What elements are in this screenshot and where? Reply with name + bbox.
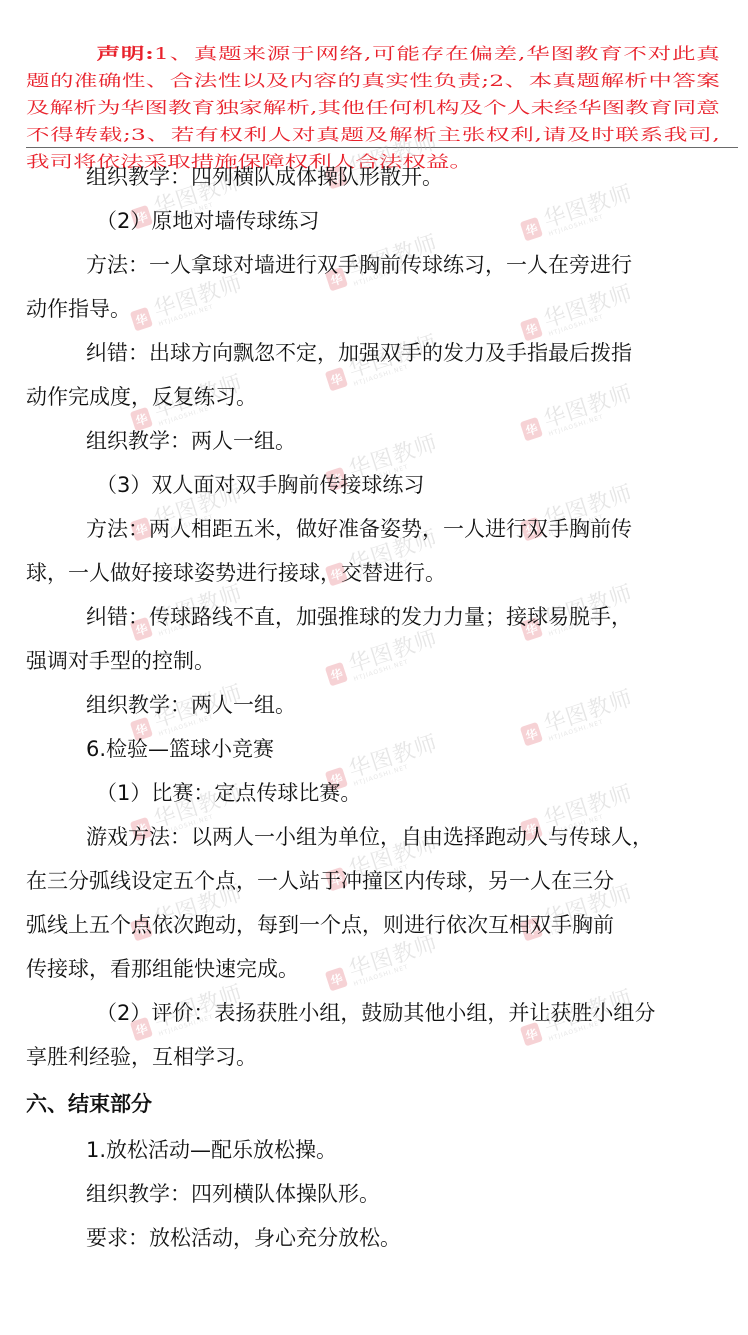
paragraph-line: 动作指导。 bbox=[26, 295, 131, 323]
subsection-title: 1.放松活动—配乐放松操。 bbox=[86, 1136, 337, 1164]
disclaimer-notice: 声明:1、真题来源于网络,可能存在偏差,华图教育不对此真题的准确性、合法性以及内… bbox=[26, 40, 720, 175]
watermark-logo-icon: 华 bbox=[325, 367, 348, 392]
disclaimer-label: 声明: bbox=[97, 44, 154, 63]
paragraph-line: 动作完成度，反复练习。 bbox=[26, 383, 257, 411]
paragraph-line: 组织教学：四列横队体操队形。 bbox=[86, 1180, 380, 1208]
paragraph-line: 组织教学：两人一组。 bbox=[86, 691, 296, 719]
watermark: 华华图教师HTJIAOSHI.NET bbox=[324, 933, 443, 995]
watermark: 华华图教师HTJIAOSHI.NET bbox=[519, 383, 638, 445]
watermark-logo-icon: 华 bbox=[130, 307, 153, 332]
paragraph-line: 球，一人做好接球姿势进行接球，交替进行。 bbox=[26, 559, 446, 587]
section-heading: 六、结束部分 bbox=[26, 1090, 152, 1118]
paragraph-line: 组织教学：两人一组。 bbox=[86, 427, 296, 455]
paragraph-line: 纠错：出球方向飘忽不定，加强双手的发力及手指最后拨指 bbox=[86, 339, 632, 367]
paragraph-line: 在三分弧线设定五个点，一人站于冲撞区内传球，另一人在三分 bbox=[26, 867, 614, 895]
paragraph-line: 弧线上五个点依次跑动，每到一个点，则进行依次互相双手胸前 bbox=[26, 911, 614, 939]
paragraph-line: （2）评价：表扬获胜小组，鼓励其他小组，并让获胜小组分 bbox=[96, 999, 655, 1027]
disclaimer-text: 1、真题来源于网络,可能存在偏差,华图教育不对此真题的准确性、合法性以及内容的真… bbox=[26, 44, 720, 171]
paragraph-line: 强调对手型的控制。 bbox=[26, 647, 215, 675]
subsection-title: （3）双人面对双手胸前传接球练习 bbox=[96, 471, 424, 499]
subsection-title: （2）原地对墙传球练习 bbox=[96, 207, 319, 235]
paragraph-line: 传接球，看那组能快速完成。 bbox=[26, 955, 299, 983]
watermark: 华华图教师HTJIAOSHI.NET bbox=[129, 273, 248, 335]
watermark: 华华图教师HTJIAOSHI.NET bbox=[324, 628, 443, 690]
paragraph-line: 纠错：传球路线不直，加强推球的发力力量；接球易脱手， bbox=[86, 603, 632, 631]
watermark-logo-icon: 华 bbox=[520, 217, 543, 242]
watermark: 华华图教师HTJIAOSHI.NET bbox=[519, 183, 638, 245]
paragraph-line: 方法：一人拿球对墙进行双手胸前传球练习，一人在旁进行 bbox=[86, 251, 632, 279]
paragraph-line: 要求：放松活动，身心充分放松。 bbox=[86, 1224, 401, 1252]
watermark: 华华图教师HTJIAOSHI.NET bbox=[519, 688, 638, 750]
paragraph-line: 方法：两人相距五米，做好准备姿势，一人进行双手胸前传 bbox=[86, 515, 632, 543]
watermark-logo-icon: 华 bbox=[520, 417, 543, 442]
watermark-logo-icon: 华 bbox=[325, 967, 348, 992]
watermark-logo-icon: 华 bbox=[520, 317, 543, 342]
subsection-title: （1）比赛：定点传球比赛。 bbox=[96, 779, 361, 807]
paragraph-line: 享胜利经验，互相学习。 bbox=[26, 1043, 257, 1071]
header-divider bbox=[26, 147, 738, 148]
watermark-logo-icon: 华 bbox=[325, 662, 348, 687]
subsection-title: 6.检验—篮球小竞赛 bbox=[86, 735, 274, 763]
watermark: 华华图教师HTJIAOSHI.NET bbox=[519, 283, 638, 345]
paragraph-line: 组织教学：四列横队成体操队形散开。 bbox=[86, 163, 443, 191]
watermark-logo-icon: 华 bbox=[520, 722, 543, 747]
paragraph-line: 游戏方法：以两人一小组为单位，自由选择跑动人与传球人， bbox=[86, 823, 653, 851]
